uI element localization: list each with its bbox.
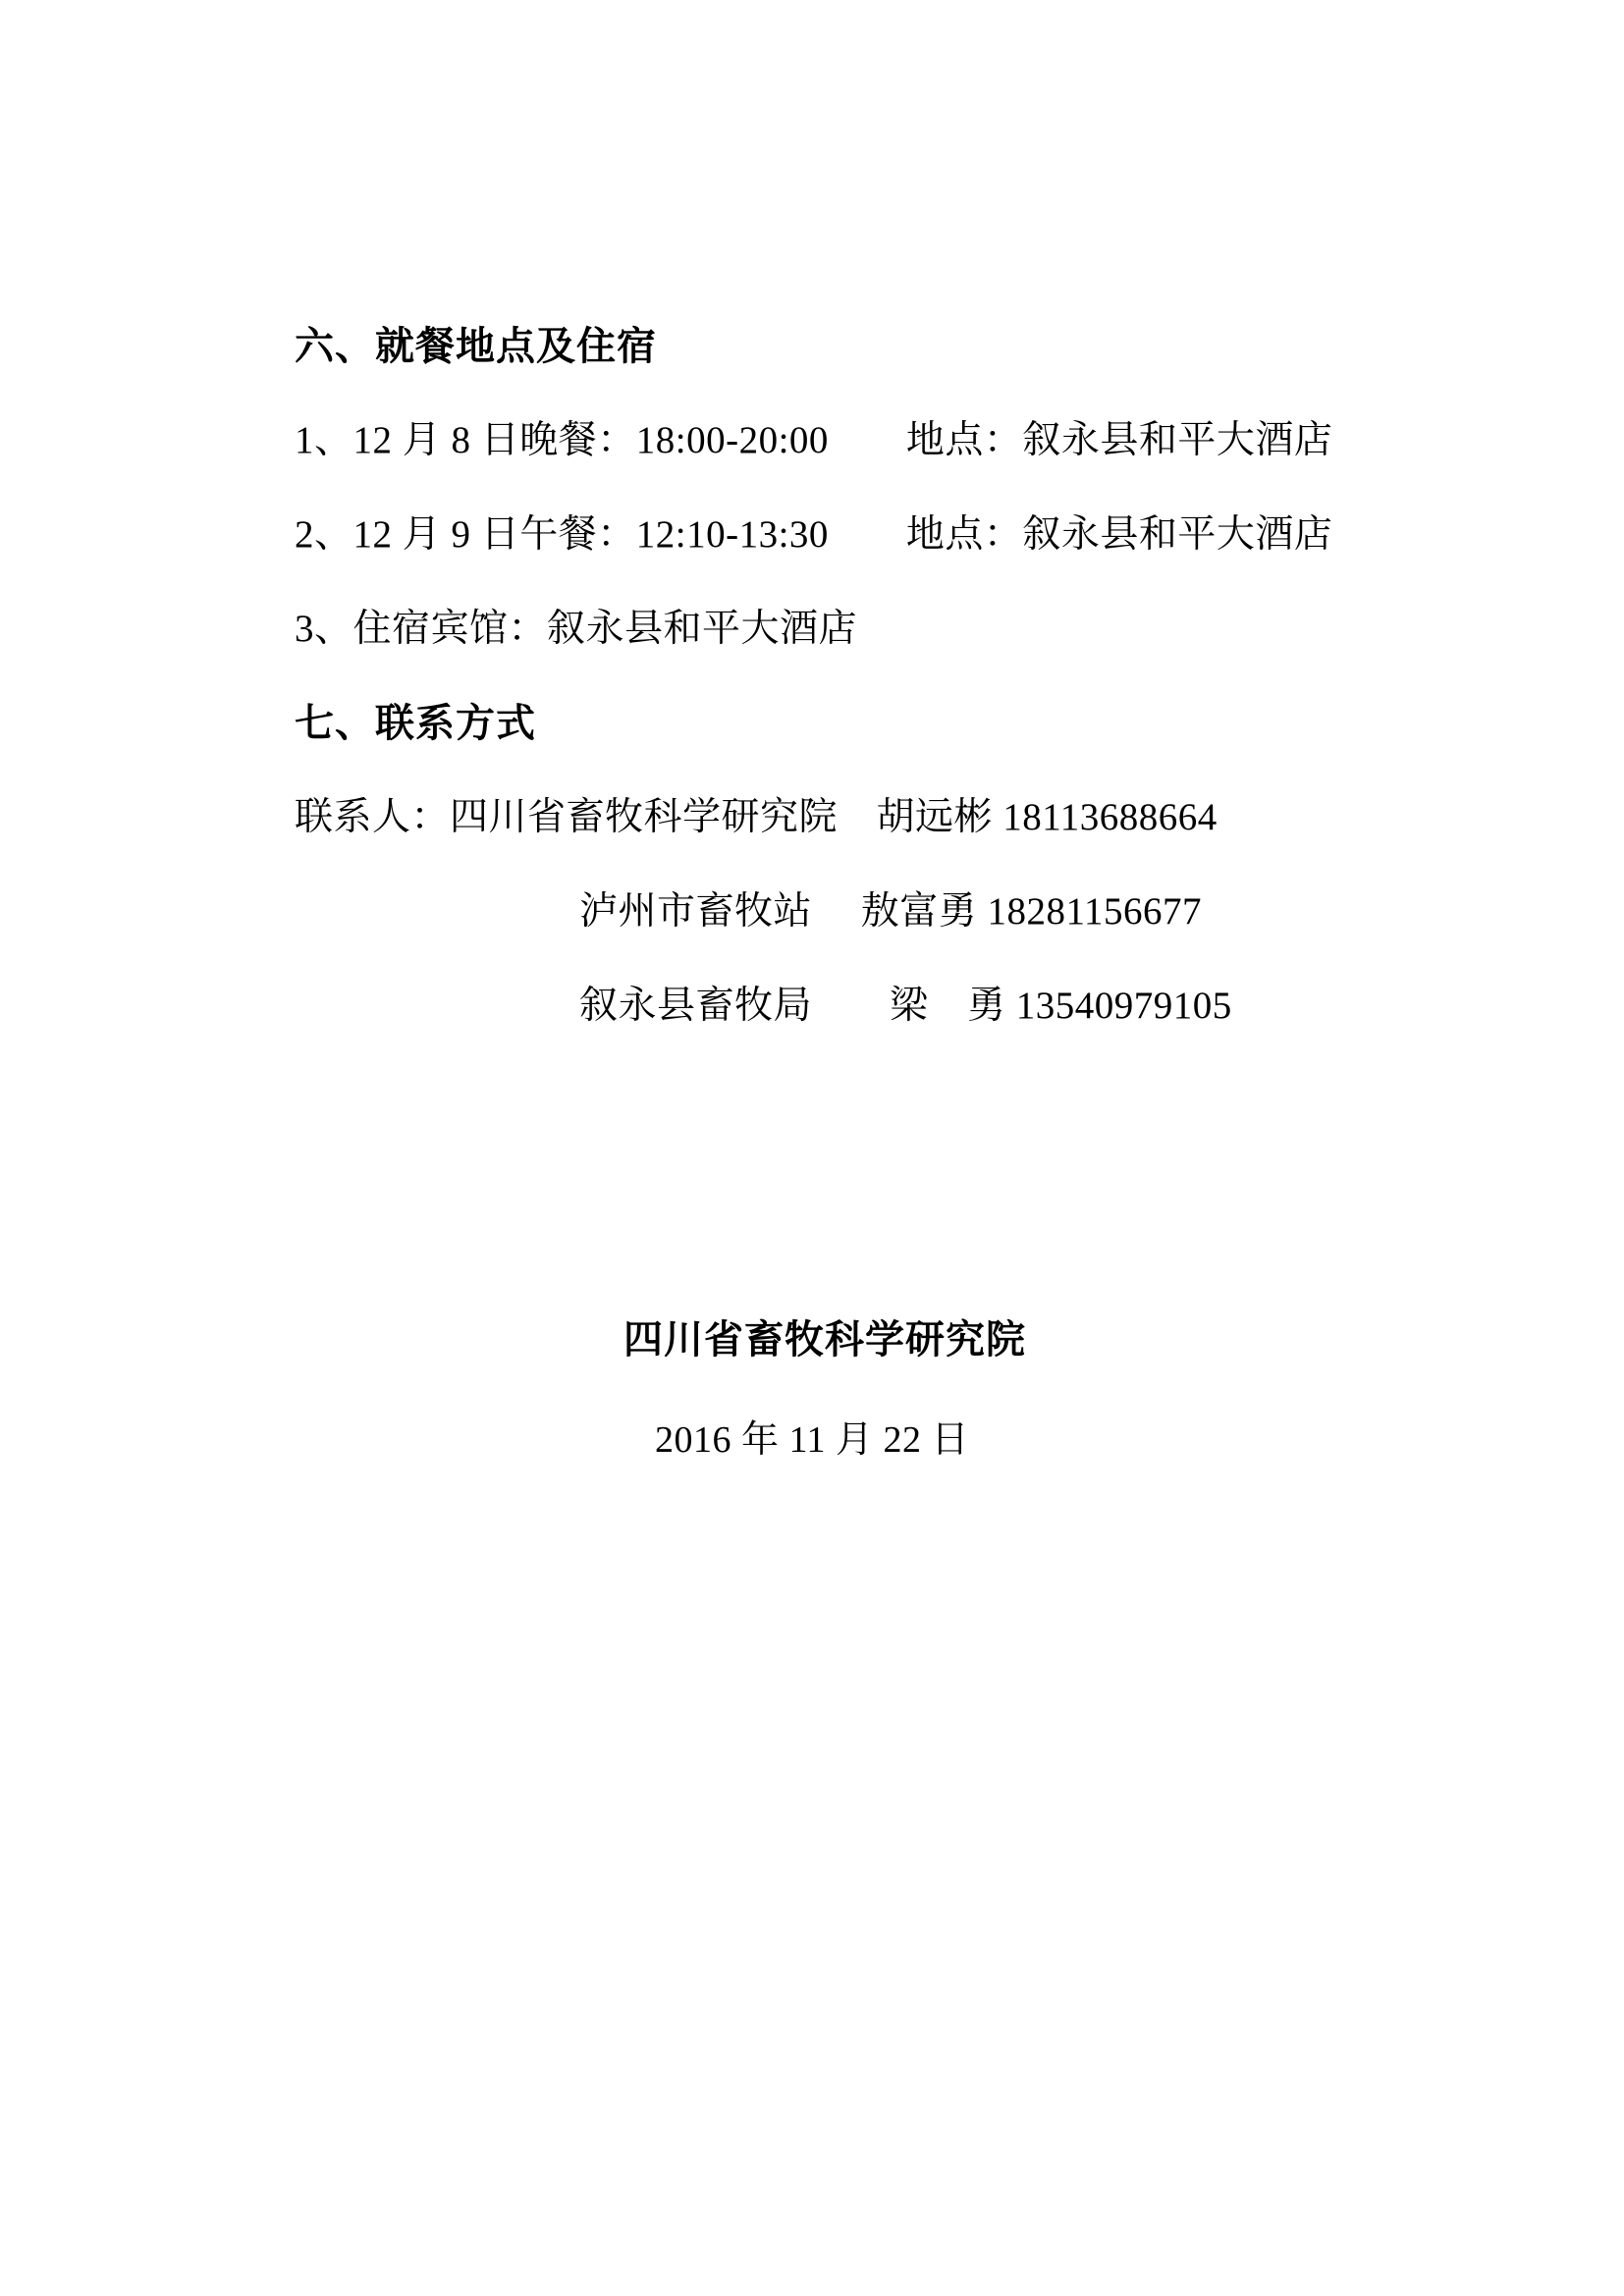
signature-block: 四川省畜牧科学研究院 2016 年 11 月 22 日 [0, 1293, 1624, 1487]
contact-line-luzhou: 泸州市畜牧站 敖富勇 18281156677 [295, 865, 1375, 959]
signature-organization: 四川省畜牧科学研究院 [13, 1293, 1624, 1387]
document-body: 六、就餐地点及住宿 1、12 月 8 日晚餐：18:00-20:00 地点：叙永… [295, 299, 1375, 1053]
dining-item-lunch: 2、12 月 9 日午餐：12:10-13:30 地点：叙永县和平大酒店 [295, 488, 1375, 582]
document-page: 六、就餐地点及住宿 1、12 月 8 日晚餐：18:00-20:00 地点：叙永… [0, 0, 1624, 2296]
signature-date: 2016 年 11 月 22 日 [0, 1393, 1624, 1487]
contact-line-xuyong: 叙永县畜牧局 梁 勇 13540979105 [295, 959, 1375, 1053]
section-heading-dining: 六、就餐地点及住宿 [295, 299, 1375, 394]
contact-line-institute: 联系人：四川省畜牧科学研究院 胡远彬 18113688664 [295, 771, 1375, 865]
section-heading-contact: 七、联系方式 [295, 676, 1375, 771]
dining-item-hotel: 3、住宿宾馆：叙永县和平大酒店 [295, 582, 1375, 676]
dining-item-dinner: 1、12 月 8 日晚餐：18:00-20:00 地点：叙永县和平大酒店 [295, 394, 1375, 488]
